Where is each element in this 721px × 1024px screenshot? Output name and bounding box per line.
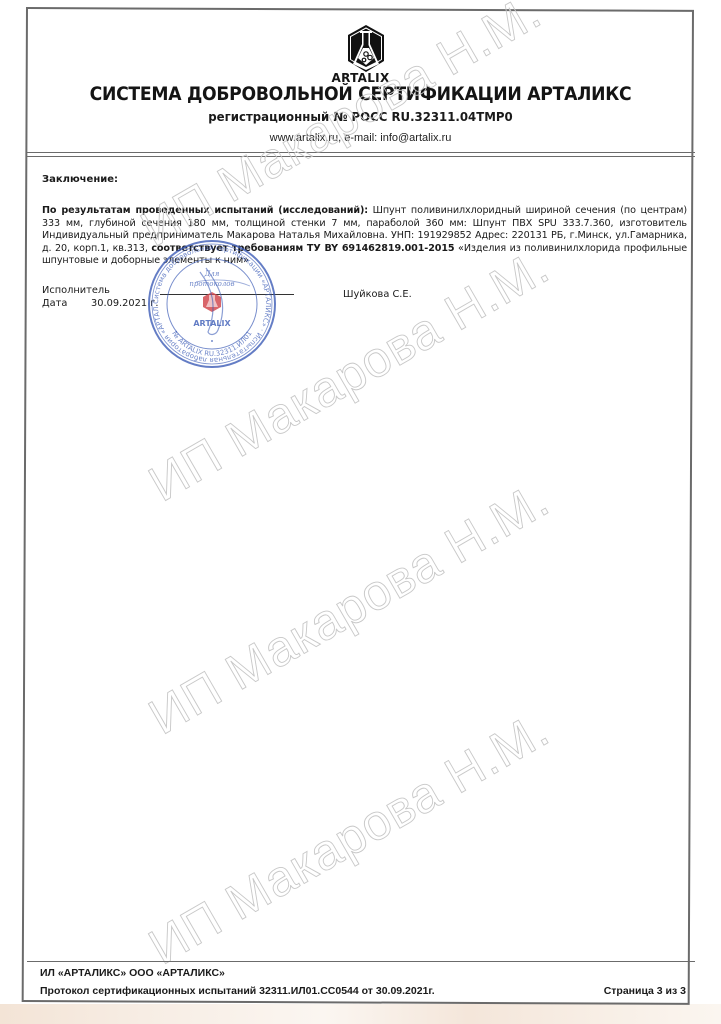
- signature-block: Исполнитель Дата30.09.2021 г.: [42, 284, 158, 310]
- signature-line: [160, 294, 294, 295]
- conclusion-heading: Заключение:: [42, 174, 118, 185]
- registration-number: регистрационный № РОСС RU.32311.04ТМР0: [22, 109, 700, 124]
- date-value: 30.09.2021 г.: [91, 297, 158, 310]
- result-lead: По результатам проведенных испытаний (ис…: [42, 205, 368, 216]
- footer-divider: [27, 961, 695, 962]
- flask-in-hexagon-icon: [346, 24, 386, 74]
- contact-line: www.artalix.ru, e-mail: info@artalix.ru: [0, 132, 721, 144]
- signer-name: Шуйкова С.Е.: [343, 289, 412, 300]
- scan-background: [0, 1004, 721, 1024]
- conclusion-text: По результатам проведенных испытаний (ис…: [42, 205, 687, 268]
- compliance-statement: соответствует требованиям ТУ BY 69146281…: [151, 243, 454, 254]
- organization-title: СИСТЕМА ДОБРОВОЛЬНОЙ СЕРТИФИКАЦИИ АРТАЛИ…: [25, 84, 696, 105]
- header-divider-double: [27, 156, 695, 157]
- footer-protocol-number: Протокол сертификационных испытаний 3231…: [40, 985, 435, 997]
- logo-wordmark: ARTALIX: [0, 71, 721, 85]
- executor-label: Исполнитель: [42, 284, 110, 297]
- header-divider: [27, 152, 695, 153]
- date-label: Дата: [42, 297, 91, 310]
- footer-organization: ИЛ «АРТАЛИКС» ООО «АРТАЛИКС»: [40, 967, 225, 979]
- page-number: Страница 3 из 3: [604, 985, 686, 997]
